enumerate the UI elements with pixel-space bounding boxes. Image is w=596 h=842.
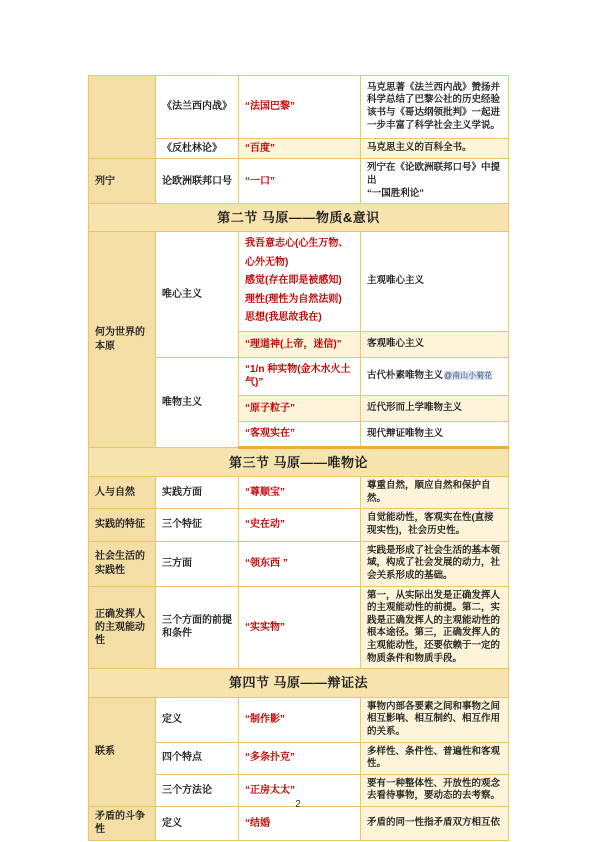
mnemonic-cell: “客观实在” [239,421,361,447]
watermark-text: @南山小菊花 [444,371,492,380]
category-cell: 何为世界的本原 [89,232,156,448]
topic-cell: 定义 [156,807,239,841]
table-row: 列宁 论欧洲联邦口号 “一口” 列宁在《论欧洲联邦口号》中提出 “一国胜利论” [89,159,509,204]
mnemonic-cell: “1/n 种实物(金木水火土气)” [239,357,361,395]
explanation-cell: 列宁在《论欧洲联邦口号》中提出 “一国胜利论” [361,159,509,204]
topic-cell: 三方面 [156,541,239,586]
mnemonic-cell: “制作影” [239,697,361,742]
table-row: 实践的特征 三个特征 “史在动” 自觉能动性，客观实在性(直接现实性)，社会历史… [89,509,509,541]
mnemonic-cell: “百度” [239,139,361,159]
explanation-cell: 近代形而上学唯物主义 [361,395,509,421]
table-row: 联系 定义 “制作影” 事物内部各要素之间和事物之间相互影响、相互制约、相互作用… [89,697,509,742]
explanation-text: 古代朴素唯物主义 [367,370,443,381]
section-header-row: 第四节 马原——辩证法 [89,669,509,697]
category-cell: 正确发挥人的主观能动性 [89,586,156,669]
explanation-cell: 第一，从实际出发是正确发挥人的主观能动性的前提。第二，实践是正确发挥人的主观能动… [361,586,509,669]
topic-cell: 三个方面的前提和条件 [156,586,239,669]
explanation-cell: 事物内部各要素之间和事物之间相互影响、相互制约、相互作用的关系。 [361,697,509,742]
mnemonic-cell: “领东西 ” [239,541,361,586]
topic-cell: 定义 [156,697,239,742]
category-cell: 联系 [89,697,156,806]
mnemonic-cell: “原子粒子” [239,395,361,421]
topic-cell: 实践方面 [156,477,239,509]
mnemonic-cell: “多条扑克” [239,742,361,774]
study-notes-table: 《法兰西内战》 “法国巴黎” 马克思著《法兰西内战》赞扬并科学总结了巴黎公社的历… [88,75,509,841]
page-number: 2 [0,799,596,810]
explanation-cell: 实践是形成了社会生活的基本领域，构成了社会发展的动力，社会关系形成的基础。 [361,541,509,586]
category-cell: 列宁 [89,159,156,204]
category-cell: 矛盾的斗争性 [89,807,156,841]
mnemonic-cell: “尊顺宝” [239,477,361,509]
section-header: 第三节 马原——唯物论 [89,447,509,476]
empty-category-cell [89,76,156,159]
mnemonic-cell: “实实物” [239,586,361,669]
mnemonic-cell: “法国巴黎” [239,76,361,139]
table-row: 何为世界的本原 唯心主义 我吾意志心(心生万物、 心外无物) 感觉(存在即是被感… [89,232,509,332]
category-cell: 社会生活的实践性 [89,541,156,586]
mnemonic-cell: “理道神(上帝，迷信)” [239,331,361,357]
topic-cell: 唯物主义 [156,357,239,447]
explanation-cell: 马克思著《法兰西内战》赞扬并科学总结了巴黎公社的历史经验该书与《哥达纲领批判》一… [361,76,509,139]
section-header: 第二节 马原——物质&意识 [89,204,509,232]
section-header-row: 第三节 马原——唯物论 [89,447,509,476]
explanation-cell: 客观唯心主义 [361,331,509,357]
explanation-cell: 多样性、条件性、普遍性和客观性。 [361,742,509,774]
table-row: 《法兰西内战》 “法国巴黎” 马克思著《法兰西内战》赞扬并科学总结了巴黎公社的历… [89,76,509,139]
explanation-cell: 马克思主义的百科全书。 [361,139,509,159]
table-row: 人与自然 实践方面 “尊顺宝” 尊重自然，顺应自然和保护自然。 [89,477,509,509]
explanation-cell: 尊重自然，顺应自然和保护自然。 [361,477,509,509]
topic-cell: 三个特征 [156,509,239,541]
table-row: 社会生活的实践性 三方面 “领东西 ” 实践是形成了社会生活的基本领域，构成了社… [89,541,509,586]
mnemonic-cell: “史在动” [239,509,361,541]
explanation-cell: 矛盾的同一性指矛盾双方相互依 [361,807,509,841]
explanation-cell: 现代辩证唯物主义 [361,421,509,447]
topic-cell: 四个特点 [156,742,239,774]
explanation-cell: 古代朴素唯物主义@南山小菊花 [361,357,509,395]
category-cell: 人与自然 [89,477,156,509]
work-title-cell: 《反杜林论》 [156,139,239,159]
work-title-cell: 《法兰西内战》 [156,76,239,139]
topic-cell: 唯心主义 [156,232,239,358]
document-page: 《法兰西内战》 “法国巴黎” 马克思著《法兰西内战》赞扬并科学总结了巴黎公社的历… [0,0,596,842]
table-row: 矛盾的斗争性 定义 “结婚 矛盾的同一性指矛盾双方相互依 [89,807,509,841]
work-title-cell: 论欧洲联邦口号 [156,159,239,204]
table-row: 正确发挥人的主观能动性 三个方面的前提和条件 “实实物” 第一，从实际出发是正确… [89,586,509,669]
explanation-cell: 自觉能动性，客观实在性(直接现实性)，社会历史性。 [361,509,509,541]
explanation-cell: 主观唯心主义 [361,232,509,332]
category-cell: 实践的特征 [89,509,156,541]
section-header-row: 第二节 马原——物质&意识 [89,204,509,232]
section-header: 第四节 马原——辩证法 [89,669,509,697]
mnemonic-cell: 我吾意志心(心生万物、 心外无物) 感觉(存在即是被感知) 理性(理性为自然法则… [239,232,361,332]
mnemonic-cell: “一口” [239,159,361,204]
mnemonic-cell: “结婚 [239,807,361,841]
